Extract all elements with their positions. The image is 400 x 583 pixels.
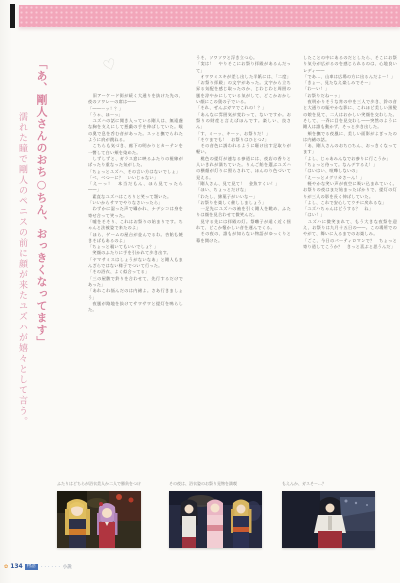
screenshot-1-art — [57, 491, 141, 548]
footer-suffix: 小説 — [63, 564, 72, 570]
text-column-2: うそ、ソワソワと浮き立つ心。 「実は！ やりそこにお祭り拝殿があるんだって」 オ… — [196, 55, 291, 479]
pull-quote-sub: 濡れた瞳で剛人のペニスの前に顔が来たユズハが嬉々として言う。 — [16, 112, 29, 452]
screenshot-caption-3: もえんか、ガスそー…？ — [282, 481, 377, 487]
page-number: 134 — [10, 563, 23, 570]
section-badge: 物語 — [25, 564, 38, 570]
screenshot-caption-1: ふたりはどちらが浴衣美人か二人で勝負をつけ — [57, 481, 147, 487]
flower-icon: ✿ — [4, 564, 8, 570]
screenshot-street-three-girls — [169, 491, 262, 548]
screenshot-festival-two-girls — [57, 491, 141, 548]
text-column-3: したことの中にあるのだとしたら、そこにお祭り気分が広がるのを感じられるのは、心地… — [303, 55, 397, 479]
page-footer: ✿ 134 物語 ・・・・・・ 小説 — [4, 563, 72, 570]
text-column-1: 旧アーケード街が続く大通りを抜けた先の、夜のソワレーの席は―― 「――ーッ！？」… — [88, 55, 183, 517]
page-edge-mark — [10, 4, 15, 28]
screenshot-street-miko — [282, 491, 375, 548]
screenshot-caption-2: その夜は、浴衣姿のお祭り見物を満喫 — [169, 481, 264, 487]
header-band — [19, 5, 400, 27]
footer-separator: ・・・・・・ — [40, 564, 61, 570]
pull-quote-main: 「あ、剛人さんのおち○ちん、おっきくなってます」 — [33, 58, 49, 358]
magazine-page: 「あ、剛人さんのおち○ちん、おっきくなってます」 濡れた瞳で剛人のペニスの前に顔… — [0, 0, 400, 583]
screenshot-2-art — [169, 491, 262, 548]
screenshot-3-art — [282, 491, 375, 548]
